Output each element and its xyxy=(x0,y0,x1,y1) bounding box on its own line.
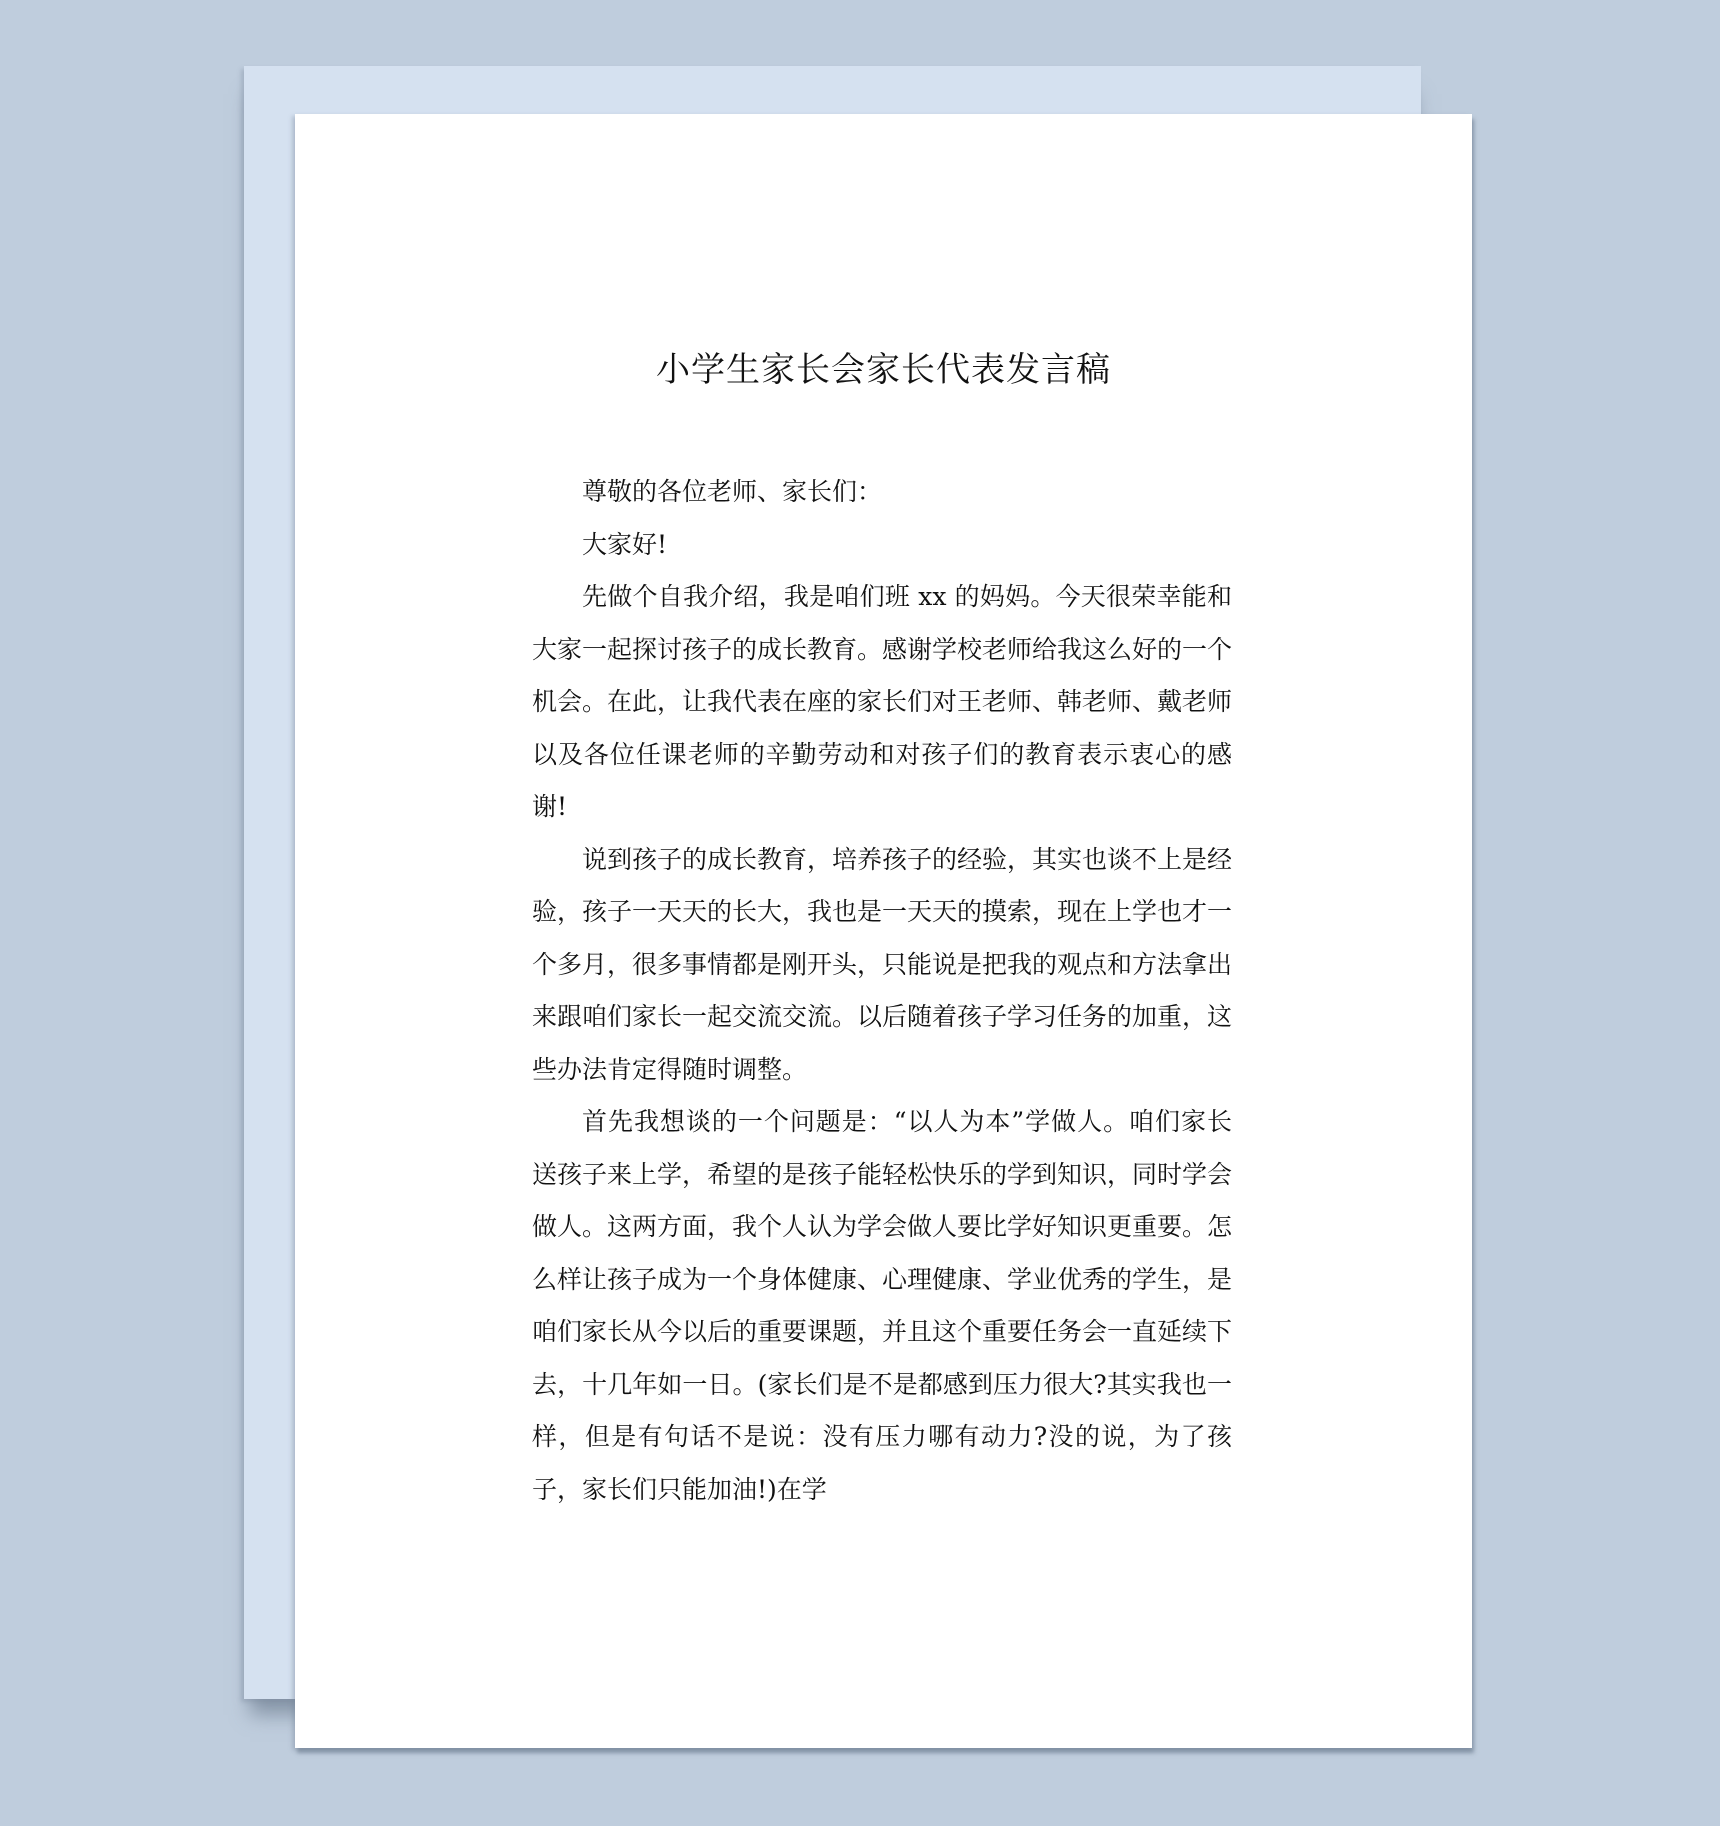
document-page: 小学生家长会家长代表发言稿 尊敬的各位老师、家长们： 大家好! 先做个自我介绍，… xyxy=(295,114,1472,1748)
topic-paragraph: 首先我想谈的一个问题是：“以人为本”学做人。咱们家长送孩子来上学，希望的是孩子能… xyxy=(532,1096,1232,1516)
document-title: 小学生家长会家长代表发言稿 xyxy=(295,346,1472,394)
experience-paragraph: 说到孩子的成长教育，培养孩子的经验，其实也谈不上是经验，孩子一天天的长大，我也是… xyxy=(532,834,1232,1097)
intro-paragraph: 先做个自我介绍，我是咱们班 xx 的妈妈。今天很荣幸能和大家一起探讨孩子的成长教… xyxy=(532,571,1232,834)
salutation-paragraph: 尊敬的各位老师、家长们： xyxy=(532,466,1232,519)
greeting-paragraph: 大家好! xyxy=(532,519,1232,572)
document-body: 尊敬的各位老师、家长们： 大家好! 先做个自我介绍，我是咱们班 xx 的妈妈。今… xyxy=(532,466,1232,1516)
